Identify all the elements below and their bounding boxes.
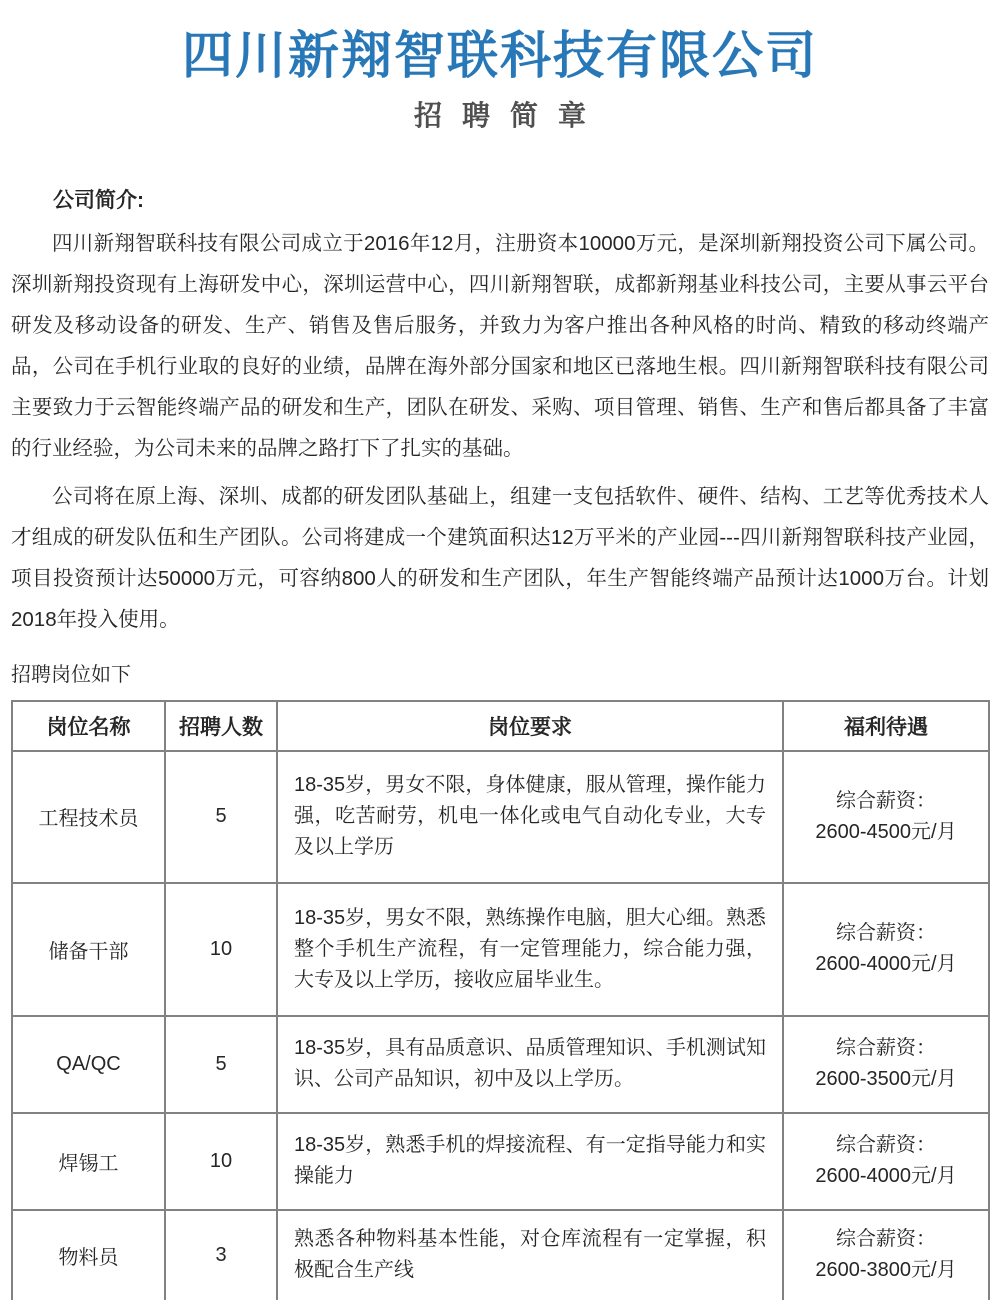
salary-label: 综合薪资： [785,1130,987,1161]
table-header-row: 岗位名称 招聘人数 岗位要求 福利待遇 [12,701,989,751]
job-headcount: 5 [165,751,277,883]
job-salary: 综合薪资： 2600-4000元/月 [783,1113,989,1210]
jobs-table-body: 工程技术员 5 18-35岁，男女不限，身体健康，服从管理，操作能力强，吃苦耐劳… [12,751,989,1300]
document-header: 四川新翔智联科技有限公司 招聘简章 [0,0,1000,134]
notice-subtitle: 招聘简章 [0,94,1000,134]
salary-label: 综合薪资： [785,1224,987,1255]
job-salary: 综合薪资： 2600-4500元/月 [783,751,989,883]
jobs-table-header: 岗位名称 招聘人数 岗位要求 福利待遇 [12,701,989,751]
salary-range: 2600-4000元/月 [785,949,987,980]
job-requirements: 18-35岁，熟悉手机的焊接流程、有一定指导能力和实操能力 [277,1113,783,1210]
table-row: 储备干部 10 18-35岁，男女不限，熟练操作电脑，胆大心细。熟悉整个手机生产… [12,883,989,1016]
salary-range: 2600-4500元/月 [785,817,987,848]
table-row: 物料员 3 熟悉各种物料基本性能，对仓库流程有一定掌握，积极配合生产线 综合薪资… [12,1210,989,1300]
job-requirements: 18-35岁，男女不限，熟练操作电脑，胆大心细。熟悉整个手机生产流程，有一定管理… [277,883,783,1016]
company-intro-heading: 公司简介: [11,186,989,216]
job-requirements: 熟悉各种物料基本性能，对仓库流程有一定掌握，积极配合生产线 [277,1210,783,1300]
job-salary: 综合薪资： 2600-3500元/月 [783,1016,989,1113]
salary-range: 2600-3800元/月 [785,1255,987,1286]
col-header-position: 岗位名称 [12,701,165,751]
job-position: 焊锡工 [12,1113,165,1210]
jobs-table: 岗位名称 招聘人数 岗位要求 福利待遇 工程技术员 5 18-35岁，男女不限，… [11,700,990,1300]
job-headcount: 10 [165,1113,277,1210]
recruitment-notice-page: 四川新翔智联科技有限公司 招聘简章 公司简介: 四川新翔智联科技有限公司成立于2… [0,0,1000,1300]
col-header-requirements: 岗位要求 [277,701,783,751]
job-requirements: 18-35岁，男女不限，身体健康，服从管理，操作能力强，吃苦耐劳，机电一体化或电… [277,751,783,883]
col-header-benefits: 福利待遇 [783,701,989,751]
intro-paragraph-2: 公司将在原上海、深圳、成都的研发团队基础上，组建一支包括软件、硬件、结构、工艺等… [11,476,989,640]
job-position: QA/QC [12,1016,165,1113]
job-headcount: 5 [165,1016,277,1113]
table-row: QA/QC 5 18-35岁，具有品质意识、品质管理知识、手机测试知识、公司产品… [12,1016,989,1113]
job-requirements: 18-35岁，具有品质意识、品质管理知识、手机测试知识、公司产品知识，初中及以上… [277,1016,783,1113]
job-salary: 综合薪资： 2600-3800元/月 [783,1210,989,1300]
table-row: 焊锡工 10 18-35岁，熟悉手机的焊接流程、有一定指导能力和实操能力 综合薪… [12,1113,989,1210]
salary-range: 2600-4000元/月 [785,1161,987,1192]
job-headcount: 3 [165,1210,277,1300]
salary-label: 综合薪资： [785,918,987,949]
salary-label: 综合薪资： [785,786,987,817]
document-body: 公司简介: 四川新翔智联科技有限公司成立于2016年12月，注册资本10000万… [0,186,1000,1300]
job-position: 物料员 [12,1210,165,1300]
job-position: 工程技术员 [12,751,165,883]
job-position: 储备干部 [12,883,165,1016]
salary-range: 2600-3500元/月 [785,1064,987,1095]
col-header-headcount: 招聘人数 [165,701,277,751]
job-salary: 综合薪资： 2600-4000元/月 [783,883,989,1016]
job-headcount: 10 [165,883,277,1016]
company-title: 四川新翔智联科技有限公司 [0,24,1000,88]
intro-paragraph-1: 四川新翔智联科技有限公司成立于2016年12月，注册资本10000万元，是深圳新… [11,223,989,469]
table-row: 工程技术员 5 18-35岁，男女不限，身体健康，服从管理，操作能力强，吃苦耐劳… [12,751,989,883]
jobs-table-lead: 招聘岗位如下 [11,660,989,690]
salary-label: 综合薪资： [785,1033,987,1064]
